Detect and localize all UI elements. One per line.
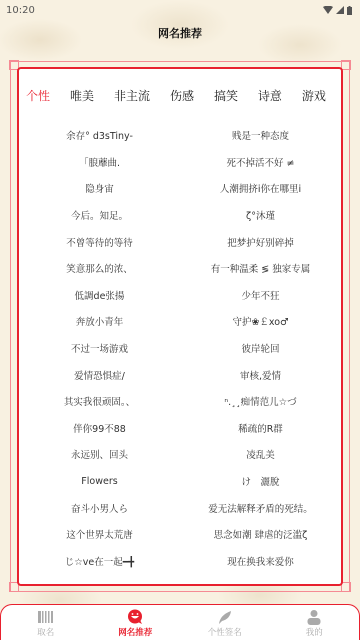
name-item[interactable]: ⁿ.¸¸痴情范儿☆づ bbox=[180, 394, 341, 408]
name-item[interactable]: 伴你99不88 bbox=[19, 421, 180, 435]
name-item[interactable]: 彼岸轮回 bbox=[180, 341, 341, 355]
list-row: 隐身宙人潮拥挤i你在哪里i bbox=[19, 175, 341, 202]
list-row: 爱情恐惧症/审核,爱情 bbox=[19, 361, 341, 388]
name-item[interactable]: 余存° d3sTiny- bbox=[19, 128, 180, 142]
list-row: Flowersけ 灑脫 bbox=[19, 468, 341, 495]
page-title: 网名推荐 bbox=[0, 24, 360, 44]
bottom-nav: 取名 网名推荐 个性签名 我的 bbox=[0, 604, 360, 640]
status-bar: 10:20 bbox=[0, 0, 360, 20]
barcode-icon bbox=[37, 608, 55, 626]
list-row: 奋斗小男人ら爱无法解释矛盾的死结。 bbox=[19, 494, 341, 521]
list-row: 永远别、回头凌乱美 bbox=[19, 441, 341, 468]
list-row: 「朖蘼曲.死不掉活不好 ≠ bbox=[19, 149, 341, 176]
feather-icon bbox=[216, 608, 234, 626]
name-item[interactable]: 笑意那么的浓、 bbox=[19, 261, 180, 275]
name-item[interactable]: け 灑脫 bbox=[180, 474, 341, 488]
name-item[interactable]: 思念如潮 肆虐的泛滥ζ bbox=[180, 527, 341, 541]
name-item[interactable]: 稀疏的R群 bbox=[180, 421, 341, 435]
name-list: 余存° d3sTiny-贱是一种态度 「朖蘼曲.死不掉活不好 ≠ 隐身宙人潮拥挤… bbox=[19, 122, 341, 574]
name-item[interactable]: 奔放小青年 bbox=[19, 314, 180, 328]
list-row: 笑意那么的浓、有一种温柔 ≶ 独家专属 bbox=[19, 255, 341, 282]
name-item[interactable]: 死不掉活不好 ≠ bbox=[180, 155, 341, 169]
name-item[interactable]: 现在换我来爱你 bbox=[180, 554, 341, 568]
status-icons bbox=[323, 6, 352, 15]
list-row: 不曾等待的等待把梦护好别碎掉 bbox=[19, 228, 341, 255]
name-item[interactable]: Flowers bbox=[19, 476, 180, 487]
nav-label: 我的 bbox=[306, 626, 323, 638]
name-item[interactable]: 不过一场游戏 bbox=[19, 341, 180, 355]
list-row: 余存° d3sTiny-贱是一种态度 bbox=[19, 122, 341, 149]
list-row: 低調de张揚少年不狂 bbox=[19, 282, 341, 309]
name-item[interactable]: 贱是一种态度 bbox=[180, 128, 341, 142]
tab-shanggan[interactable]: 伤感 bbox=[170, 86, 194, 106]
name-item[interactable]: 爱情恐惧症/ bbox=[19, 368, 180, 382]
nav-item-quming[interactable]: 取名 bbox=[1, 608, 91, 638]
name-item[interactable]: 爱无法解释矛盾的死结。 bbox=[180, 501, 341, 515]
name-item[interactable]: 少年不狂 bbox=[180, 288, 341, 302]
user-icon bbox=[305, 608, 323, 626]
nav-item-gexingqianming[interactable]: 个性签名 bbox=[180, 608, 270, 638]
name-item[interactable]: 有一种温柔 ≶ 独家专属 bbox=[180, 261, 341, 275]
signal-icon bbox=[336, 6, 344, 14]
name-item[interactable]: 这个世界太荒唐 bbox=[19, 527, 180, 541]
list-row: 不过一场游戏彼岸轮回 bbox=[19, 335, 341, 362]
name-item[interactable]: ζ°沐瑾 bbox=[180, 208, 341, 222]
name-item[interactable]: 隐身宙 bbox=[19, 181, 180, 195]
list-row: 这个世界太荒唐思念如潮 肆虐的泛滥ζ bbox=[19, 521, 341, 548]
list-row: 其实我很顽固。、ⁿ.¸¸痴情范儿☆づ bbox=[19, 388, 341, 415]
battery-icon bbox=[347, 6, 352, 15]
tab-gexing[interactable]: 个性 bbox=[26, 86, 50, 106]
name-item[interactable]: 永远别、回头 bbox=[19, 447, 180, 461]
name-item[interactable]: 人潮拥挤i你在哪里i bbox=[180, 181, 341, 195]
name-item[interactable]: 守护❀￡xo♂ bbox=[180, 314, 341, 328]
name-item[interactable]: 低調de张揚 bbox=[19, 288, 180, 302]
name-item[interactable]: 其实我很顽固。、 bbox=[19, 394, 180, 408]
tab-feizhuliu[interactable]: 非主流 bbox=[114, 86, 150, 106]
name-item[interactable]: 不曾等待的等待 bbox=[19, 235, 180, 249]
name-item[interactable]: 今后。知足。 bbox=[19, 208, 180, 222]
tab-gaoxiao[interactable]: 搞笑 bbox=[214, 86, 238, 106]
smile-chat-icon bbox=[126, 608, 144, 626]
nav-item-wangming[interactable]: 网名推荐 bbox=[91, 608, 181, 638]
list-row: 奔放小青年守护❀￡xo♂ bbox=[19, 308, 341, 335]
name-item[interactable]: 「朖蘼曲. bbox=[19, 155, 180, 169]
list-row: じ☆ve在一起━╋现在换我来爱你 bbox=[19, 548, 341, 575]
name-item[interactable]: 把梦护好别碎掉 bbox=[180, 235, 341, 249]
tab-shiyi[interactable]: 诗意 bbox=[258, 86, 282, 106]
name-item[interactable]: 审核,爱情 bbox=[180, 368, 341, 382]
tab-weimei[interactable]: 唯美 bbox=[70, 86, 94, 106]
wifi-icon bbox=[323, 6, 333, 14]
list-row: 伴你99不88稀疏的R群 bbox=[19, 415, 341, 442]
name-item[interactable]: 奋斗小男人ら bbox=[19, 501, 180, 515]
name-item[interactable]: 凌乱美 bbox=[180, 447, 341, 461]
name-item[interactable]: じ☆ve在一起━╋ bbox=[19, 554, 180, 568]
nav-label: 取名 bbox=[37, 626, 54, 638]
nav-label: 网名推荐 bbox=[118, 626, 152, 638]
tab-youxi[interactable]: 游戏 bbox=[302, 86, 326, 106]
category-tabs: 个性 唯美 非主流 伤感 搞笑 诗意 游戏 bbox=[26, 86, 326, 106]
nav-label: 个性签名 bbox=[208, 626, 242, 638]
nav-item-wode[interactable]: 我的 bbox=[270, 608, 360, 638]
list-row: 今后。知足。ζ°沐瑾 bbox=[19, 202, 341, 229]
status-time: 10:20 bbox=[6, 5, 35, 16]
